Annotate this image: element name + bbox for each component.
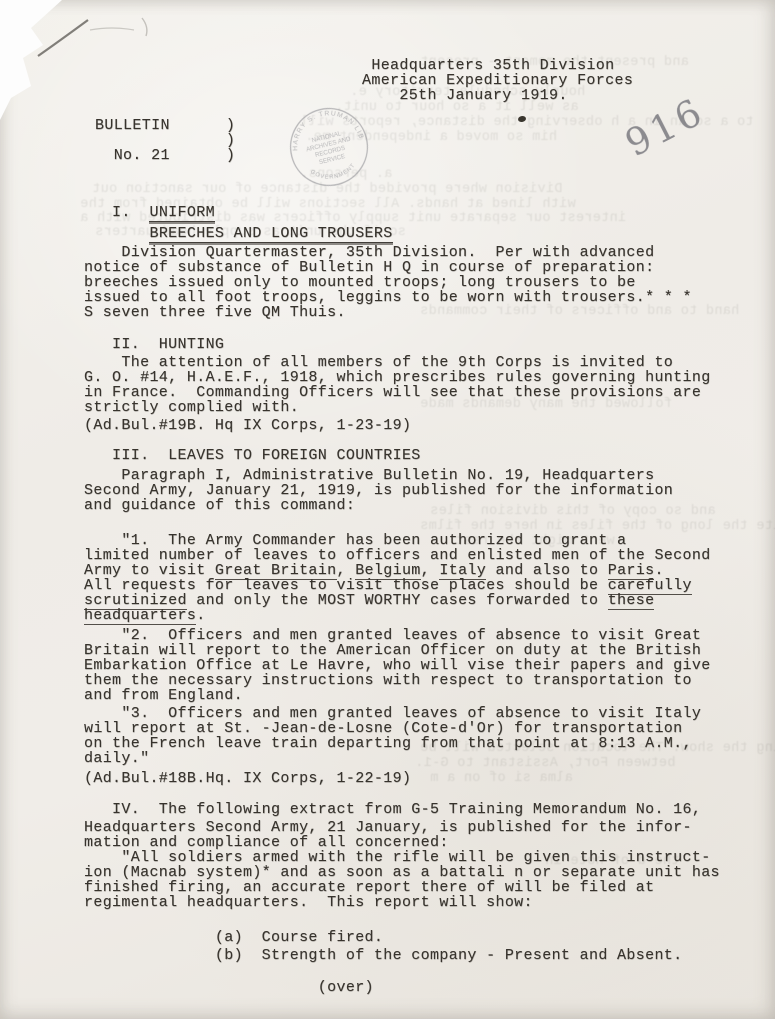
text-line: and from England. [84,688,711,703]
text-line: "3. Officers and men granted leaves of a… [84,706,711,721]
text-line: (Ad.Bul.#19B. Hq IX Corps, 1-23-19) [84,418,711,433]
section-3-leaves: III. LEAVES TO FOREIGN COUNTRIES Paragra… [84,448,711,786]
text-segment: and only the MOST WORTHY cases forwarded… [187,592,608,609]
text-line: on the French leave train departing from… [84,736,711,751]
text-line: Headquarters Second Army, 21 January, is… [84,820,720,835]
text-line: IV. The following extract from G-5 Train… [84,802,720,817]
text-line: No. 21 ) [95,148,235,163]
underlined-text: BREECHES AND LONG TROUSERS [149,225,392,243]
text-segment: and from England. [84,687,243,704]
paper-sheet: and present the moment - presenthourly s… [0,0,775,1019]
text-segment: I. [84,204,149,221]
text-line: and guidance of this command: [84,498,711,513]
text-line: G. O. #14, H.A.E.F., 1918, which prescri… [84,370,711,385]
text-segment: (over) [84,979,374,996]
text-line: strictly complied with. [84,400,711,415]
text-line: in France. Commanding Officers will see … [84,385,711,400]
text-line: II. HUNTING [84,337,711,352]
underlined-text: headquarters [84,607,196,625]
text-line: Headquarters 35th Division [362,58,633,73]
text-line: American Expeditionary Forces [362,73,633,88]
text-line: "2. Officers and men granted leaves of a… [84,628,711,643]
text-line: finished firing, an accurate report ther… [84,880,720,895]
text-segment: No. 21 ) [95,147,235,164]
text-line: 25th January 1919. [362,88,633,103]
text-line: will report at St. -Jean-de-Losne (Cote-… [84,721,711,736]
text-line: Army to visit Great Britain, Belgium, It… [84,563,711,578]
text-segment: IV. The following extract from G-5 Train… [84,801,701,818]
text-segment: (a) Course fired. [84,929,383,946]
text-segment: and guidance of this command: [84,497,355,514]
text-segment: (b) Strength of the company - Present an… [84,947,683,964]
text-segment: III. LEAVES TO FOREIGN COUNTRIES [84,447,421,464]
text-line: S seven three five QM Thuis. [84,305,692,320]
text-segment: 25th January 1919. [362,87,568,104]
text-segment: . [196,607,205,624]
text-line: (over) [84,980,683,995]
section-1-uniform: I. UNIFORM BREECHES AND LONG TROUSERS Di… [84,205,692,320]
text-line: BULLETIN ) [95,118,235,133]
text-line: ) [95,133,235,148]
text-line: headquarters. [84,608,711,623]
text-segment: daily." [84,750,149,767]
text-line: issued to all foot troops, leggins to be… [84,290,692,305]
section-4-training-memorandum: IV. The following extract from G-5 Train… [84,802,720,910]
text-line: breeches issued only to mounted troops; … [84,275,692,290]
underlined-text: UNIFORM [149,204,214,222]
text-segment: S seven three five QM Thuis. [84,304,346,321]
text-segment [84,225,149,242]
text-line: Britain will report to the American Offi… [84,643,711,658]
underlined-text: these [608,592,655,610]
text-line: "All soldiers armed with the rifle will … [84,850,720,865]
text-line: mation and compliance of all concerned: [84,835,720,850]
text-line [84,513,711,528]
text-line: Second Army, January 21, 1919, is publis… [84,483,711,498]
section-2-hunting: II. HUNTING The attention of all members… [84,337,711,433]
text-line: them the necessary instructions with res… [84,673,711,688]
text-line: I. UNIFORM [84,205,692,220]
text-segment: on the French leave train departing from… [84,735,692,752]
text-line: (a) Course fired. [84,930,683,945]
text-line: The attention of all members of the 9th … [84,355,711,370]
text-line: III. LEAVES TO FOREIGN COUNTRIES [84,448,711,463]
bulletin-number-block: BULLETIN ) ) No. 21 ) [95,118,235,163]
text-segment: (Ad.Bul.#18B.Hq. IX Corps, 1-22-19) [84,770,411,787]
text-segment: strictly complied with. [84,399,299,416]
report-items-list: (a) Course fired. (b) Strength of the co… [84,930,683,995]
text-line: ion (Macnab system)* and as soon as a ba… [84,865,720,880]
text-line: "1. The Army Commander has been authoriz… [84,533,711,548]
text-segment: II. HUNTING [84,336,224,353]
text-line: BREECHES AND LONG TROUSERS [84,226,692,241]
text-line: (Ad.Bul.#18B.Hq. IX Corps, 1-22-19) [84,771,711,786]
letterhead: Headquarters 35th DivisionAmerican Exped… [362,58,633,103]
text-line [84,963,683,978]
text-line: regimental headquarters. This report wil… [84,895,720,910]
text-line: daily." [84,751,711,766]
text-line: Embarkation Office at Le Havre, who will… [84,658,711,673]
text-line: All requests for leaves to visit those p… [84,578,711,593]
text-line: Division Quartermaster, 35th Division. P… [84,245,692,260]
text-line: (b) Strength of the company - Present an… [84,948,683,963]
text-segment: (Ad.Bul.#19B. Hq IX Corps, 1-23-19) [84,417,411,434]
text-line: limited number of leaves to officers and… [84,548,711,563]
text-line: Paragraph I, Administrative Bulletin No.… [84,468,711,483]
text-segment: regimental headquarters. This report wil… [84,894,533,911]
text-line: notice of substance of Bulletin H Q in c… [84,260,692,275]
scanned-document-page: and present the moment - presenthourly s… [0,0,775,1019]
text-line: scrutinized and only the MOST WORTHY cas… [84,593,711,608]
